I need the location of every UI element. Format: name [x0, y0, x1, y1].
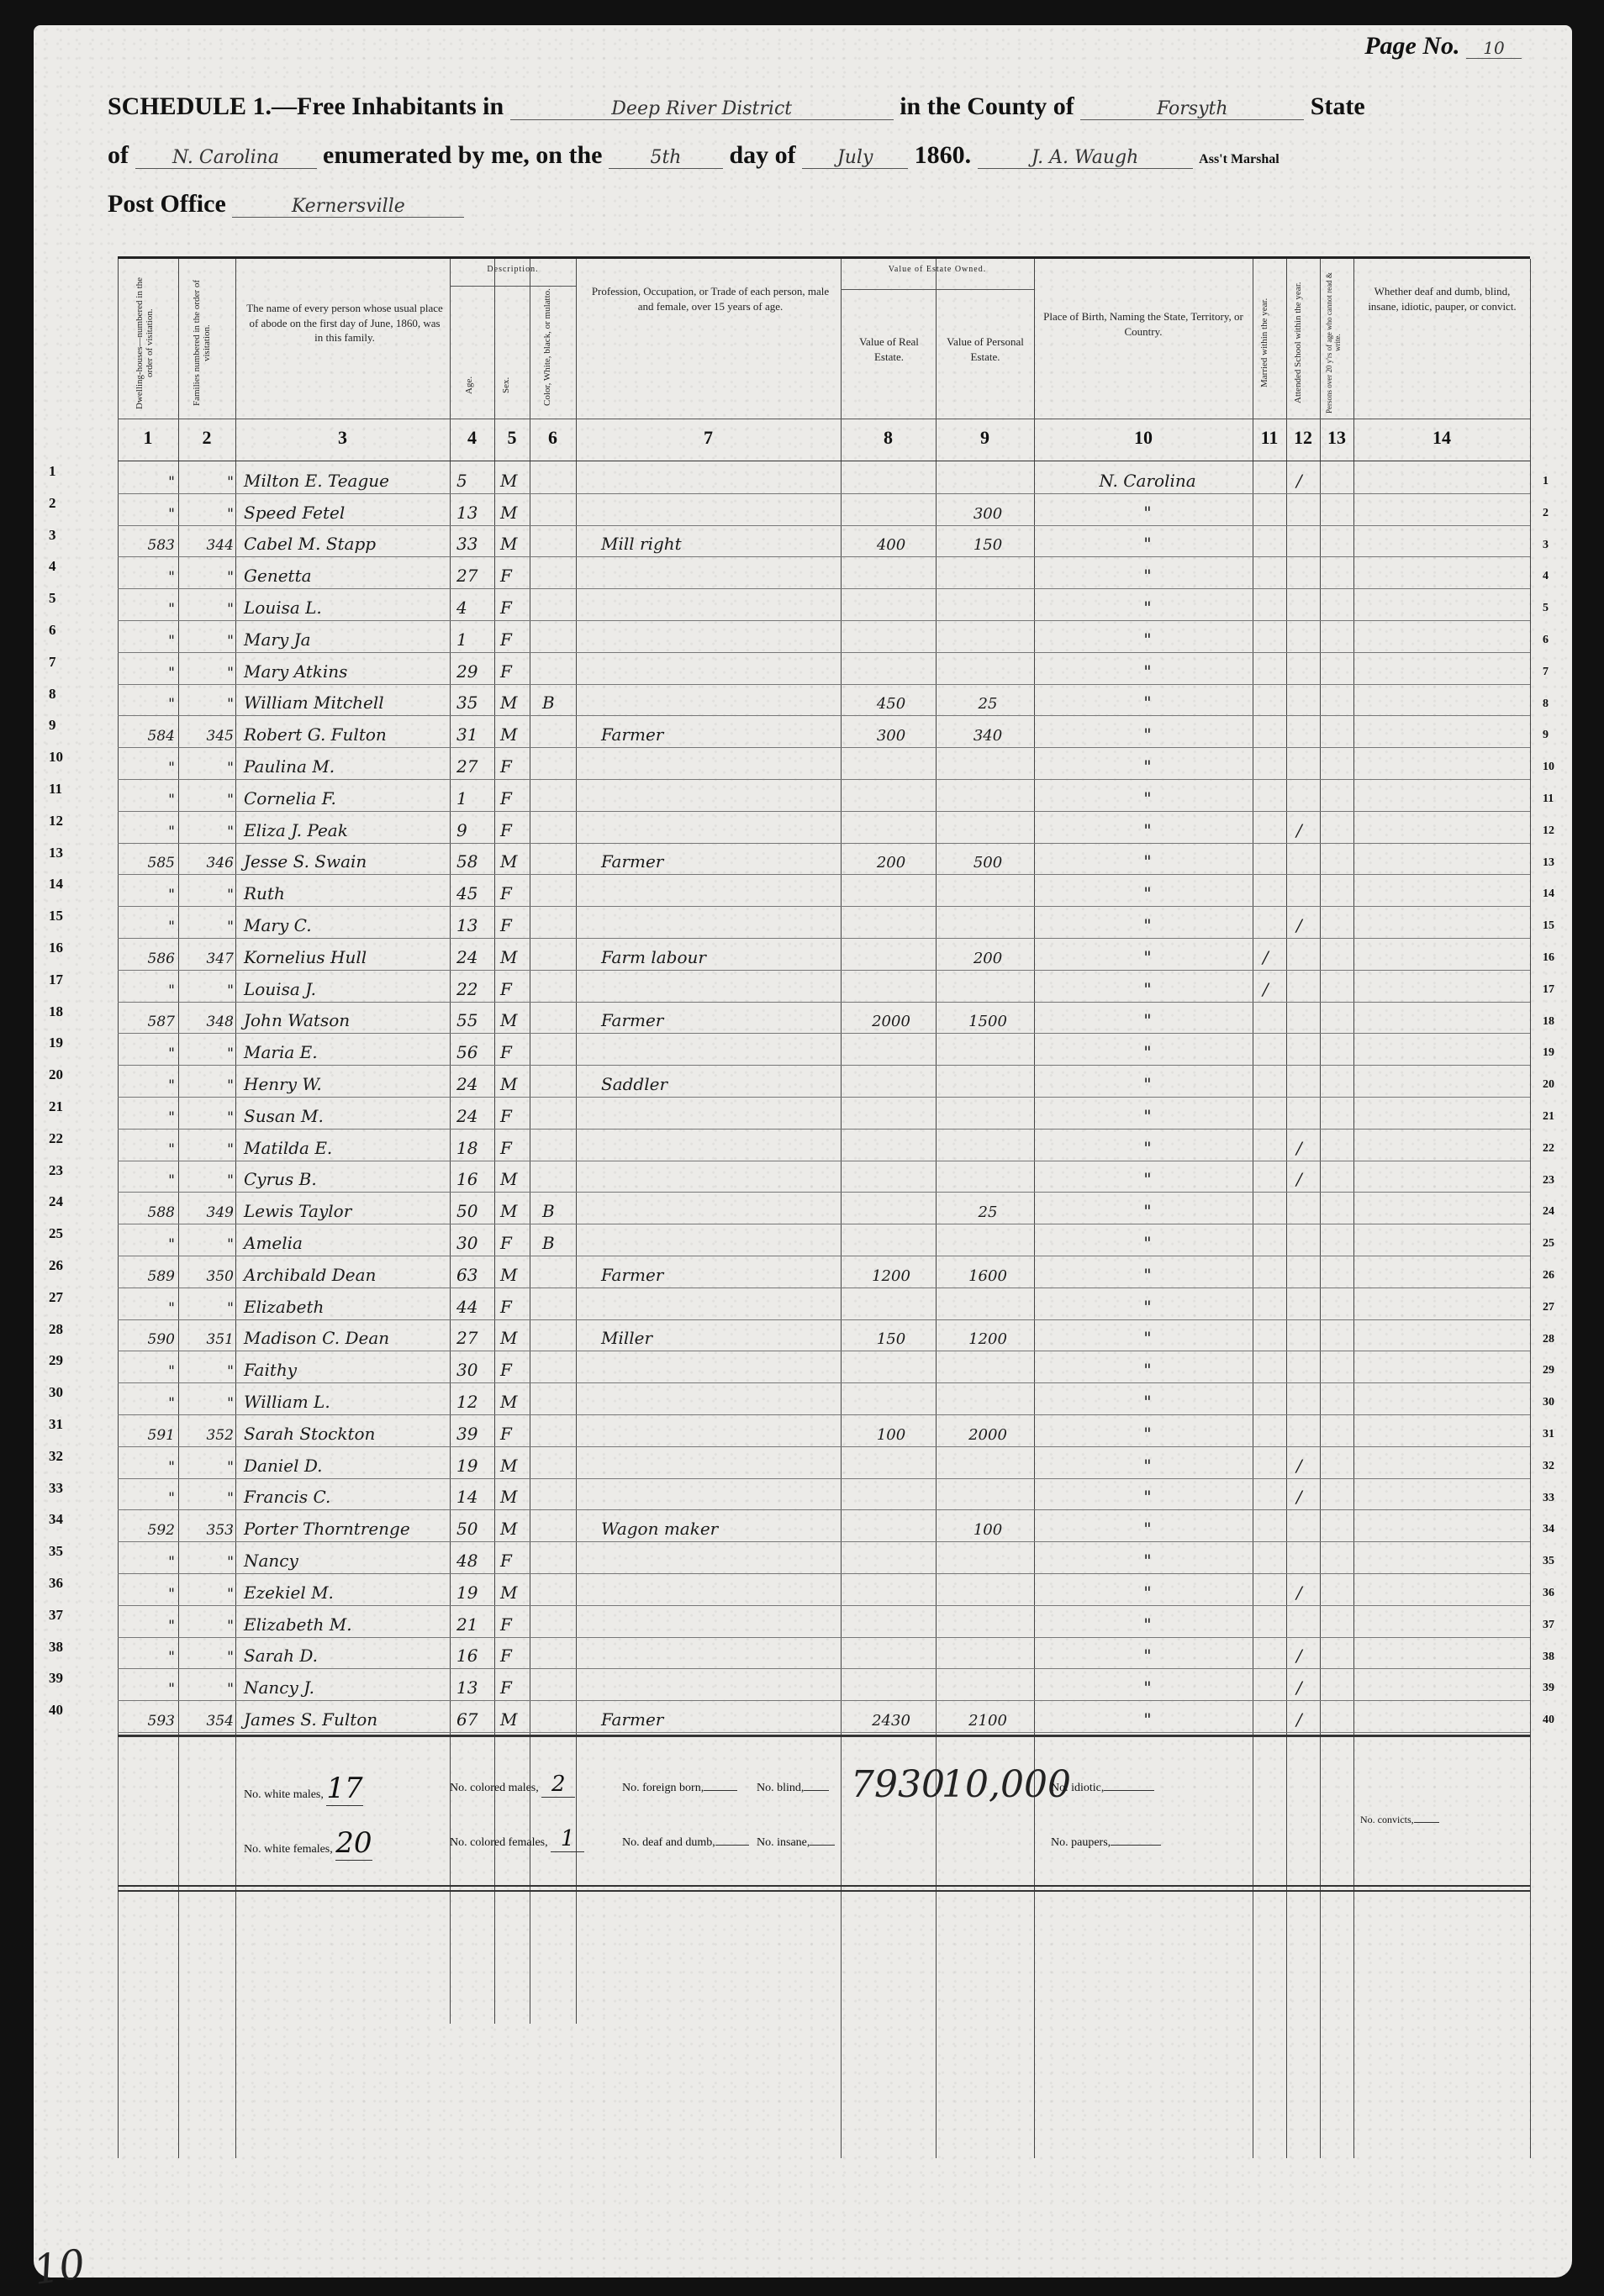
line-number: 2	[49, 495, 56, 512]
dwelling-number: 586	[124, 951, 175, 967]
description-header: Description.	[450, 264, 576, 276]
dwelling-number: "	[124, 474, 175, 491]
line-number: 4	[1543, 570, 1549, 583]
person-name: Archibald Dean	[244, 1265, 446, 1285]
table-row: ""Daniel D.19M"/	[118, 1447, 1530, 1479]
col-number: 3	[235, 427, 450, 449]
sex: M	[500, 471, 525, 491]
family-number: "	[183, 982, 234, 999]
table-row: ""Maria E.56F"	[118, 1034, 1530, 1066]
page-number-label: Page No. 10	[1364, 32, 1522, 61]
person-name: Sarah D.	[244, 1646, 446, 1666]
sex: F	[500, 756, 525, 777]
line-number: 20	[49, 1066, 63, 1083]
family-number: 345	[183, 728, 234, 745]
col3-header: The name of every person whose usual pla…	[244, 301, 446, 345]
family-number: 349	[183, 1204, 234, 1221]
family-number: "	[183, 1586, 234, 1603]
personal-estate-value: 150	[946, 536, 1030, 554]
attended-school: /	[1296, 1582, 1313, 1603]
line-number: 31	[49, 1416, 63, 1433]
line-number: 37	[1543, 1619, 1554, 1632]
family-number: "	[183, 792, 234, 808]
place-of-birth: "	[1051, 1582, 1244, 1603]
table-row: 591352Sarah Stockton39F1002000"	[118, 1415, 1530, 1447]
occupation: Farmer	[601, 1010, 828, 1030]
dwelling-number: "	[124, 1045, 175, 1062]
sex: F	[500, 1297, 525, 1317]
family-number: "	[183, 665, 234, 682]
line-number: 32	[49, 1448, 63, 1465]
col-number: 4	[450, 427, 494, 449]
sex: M	[500, 724, 525, 745]
place-of-birth: "	[1051, 1646, 1244, 1666]
dwelling-number: 584	[124, 728, 175, 745]
age: 19	[456, 1456, 490, 1476]
census-table: Dwelling-houses—numbered in the order of…	[118, 256, 1530, 2158]
age: 31	[456, 724, 490, 745]
personal-estate-value: 1200	[946, 1330, 1030, 1348]
table-row: 593354James S. Fulton67MFarmer24302100"/	[118, 1701, 1530, 1733]
place-of-birth: "	[1051, 1265, 1244, 1285]
line-number: 14	[49, 876, 63, 893]
line-number: 17	[1543, 983, 1554, 997]
place-of-birth: "	[1051, 1042, 1244, 1062]
place-of-birth: "	[1051, 915, 1244, 935]
line-number: 3	[1543, 539, 1549, 552]
table-row: ""Louisa J.22F"/	[118, 971, 1530, 1003]
sex: F	[500, 1614, 525, 1635]
white-females-value: 20	[335, 1826, 372, 1861]
family-number: "	[183, 1109, 234, 1126]
col-number: 11	[1253, 427, 1286, 449]
page-number: 10	[1466, 38, 1522, 59]
post-office-line: Post Office Kernersville	[108, 190, 464, 219]
col-number: 1	[118, 427, 178, 449]
table-row: ""Ezekiel M.19M"/	[118, 1574, 1530, 1606]
sex: M	[500, 947, 525, 967]
sex: M	[500, 1392, 525, 1412]
line-number: 1	[49, 463, 56, 480]
person-name: Ezekiel M.	[244, 1582, 446, 1603]
age: 33	[456, 534, 490, 554]
line-number: 34	[1543, 1523, 1554, 1536]
occupation: Farmer	[601, 1709, 828, 1730]
real-estate-value: 2000	[849, 1013, 933, 1030]
attended-school: /	[1296, 915, 1313, 935]
person-name: Mary Ja	[244, 629, 446, 650]
table-row: ""William Mitchell35MB45025"	[118, 685, 1530, 717]
line-number: 11	[49, 781, 62, 798]
sex: M	[500, 1074, 525, 1094]
age: 48	[456, 1551, 490, 1571]
person-name: Lewis Taylor	[244, 1201, 446, 1221]
line-number: 21	[49, 1098, 63, 1115]
marshal-label: Ass't Marshal	[1199, 152, 1280, 166]
col6-header: Color, White, black, or mulatto.	[542, 276, 567, 419]
line-number: 33	[49, 1480, 63, 1497]
age: 67	[456, 1709, 490, 1730]
age: 12	[456, 1392, 490, 1412]
personal-estate-value: 300	[946, 505, 1030, 523]
line-number: 4	[49, 558, 56, 575]
insane-label: No. insane,	[757, 1836, 810, 1849]
age: 44	[456, 1297, 490, 1317]
sex: F	[500, 598, 525, 618]
enumeration-line: of N. Carolina enumerated by me, on the …	[108, 141, 1280, 170]
family-number: "	[183, 760, 234, 777]
colored-males-value: 2	[541, 1772, 575, 1798]
dwelling-number: "	[124, 1077, 175, 1094]
sex: M	[500, 1328, 525, 1348]
person-name: John Watson	[244, 1010, 446, 1030]
family-number: "	[183, 601, 234, 618]
row-rule	[118, 1732, 1530, 1733]
place-of-birth: "	[1051, 1297, 1244, 1317]
age: 18	[456, 1138, 490, 1158]
place-of-birth: "	[1051, 947, 1244, 967]
age: 29	[456, 661, 490, 682]
table-row: 586347Kornelius Hull24MFarm labour200"/	[118, 939, 1530, 971]
foreign-born-label: No. foreign born,	[622, 1782, 704, 1794]
place-of-birth: "	[1051, 1138, 1244, 1158]
table-row: ""Cyrus B.16M"/	[118, 1161, 1530, 1193]
place-of-birth: "	[1051, 1709, 1244, 1730]
line-number: 16	[49, 940, 63, 956]
age: 16	[456, 1646, 490, 1666]
personal-estate-value: 1600	[946, 1267, 1030, 1285]
line-number: 24	[1543, 1205, 1554, 1219]
dwelling-number: 592	[124, 1522, 175, 1539]
convicts: No. convicts,	[1360, 1814, 1439, 1826]
table-row: ""Genetta27F"	[118, 557, 1530, 589]
colored-males-label: No. colored males,	[450, 1782, 539, 1794]
dwelling-number: "	[124, 506, 175, 523]
line-number: 34	[49, 1511, 63, 1528]
age: 50	[456, 1201, 490, 1221]
table-row: 589350Archibald Dean63MFarmer12001600"	[118, 1256, 1530, 1288]
dwelling-number: "	[124, 824, 175, 840]
sex: M	[500, 1519, 525, 1539]
table-row: ""Eliza J. Peak9F"/	[118, 812, 1530, 844]
table-row: ""Susan M.24F"	[118, 1098, 1530, 1130]
colored-females-label: No. colored females,	[450, 1836, 548, 1849]
sex: F	[500, 1233, 525, 1253]
line-number: 29	[49, 1352, 63, 1369]
dwelling-number: "	[124, 696, 175, 713]
place-of-birth: "	[1051, 503, 1244, 523]
age: 39	[456, 1424, 490, 1444]
place-of-birth: "	[1051, 598, 1244, 618]
col-number: 14	[1353, 427, 1530, 449]
col5-header: Sex.	[501, 351, 518, 419]
line-number: 37	[49, 1607, 63, 1624]
dwelling-number: "	[124, 601, 175, 618]
personal-estate-value: 25	[946, 695, 1030, 713]
dwelling-number: "	[124, 1300, 175, 1317]
place-of-birth: "	[1051, 692, 1244, 713]
line-number: 30	[49, 1384, 63, 1401]
line-number: 7	[1543, 666, 1549, 679]
age: 14	[456, 1487, 490, 1507]
sex: M	[500, 1201, 525, 1221]
place-of-birth: "	[1051, 1456, 1244, 1476]
colored-males: No. colored males, 2	[450, 1772, 575, 1798]
line-number: 40	[49, 1702, 63, 1719]
place-of-birth: "	[1051, 788, 1244, 808]
col-number: 6	[530, 427, 576, 449]
family-number: "	[183, 1141, 234, 1158]
attended-school: /	[1296, 471, 1313, 491]
place-of-birth: "	[1051, 1614, 1244, 1635]
dwelling-number: "	[124, 1618, 175, 1635]
table-row: ""Speed Fetel13M300"	[118, 494, 1530, 526]
sex: F	[500, 1138, 525, 1158]
line-number: 21	[1543, 1110, 1554, 1124]
line-number: 10	[1543, 761, 1554, 774]
line-number: 36	[1543, 1587, 1554, 1600]
table-row: 588349Lewis Taylor50MB25"	[118, 1193, 1530, 1224]
sex: M	[500, 851, 525, 872]
person-name: Cyrus B.	[244, 1169, 446, 1189]
table-row: ""Nancy J.13F"/	[118, 1669, 1530, 1701]
attended-school: /	[1296, 1709, 1313, 1730]
family-number: "	[183, 633, 234, 650]
place-of-birth: "	[1051, 1233, 1244, 1253]
insane: No. insane,	[757, 1836, 835, 1850]
sex: F	[500, 820, 525, 840]
family-number: 351	[183, 1331, 234, 1348]
convicts-label: No. convicts,	[1360, 1814, 1414, 1825]
family-number: "	[183, 1649, 234, 1666]
header-divider	[118, 419, 1530, 419]
personal-estate-value: 25	[946, 1203, 1030, 1221]
paupers: No. paupers,	[1051, 1836, 1161, 1850]
line-number: 28	[1543, 1333, 1554, 1346]
person-name: Mary Atkins	[244, 661, 446, 682]
sex: M	[500, 1487, 525, 1507]
line-number: 26	[49, 1257, 63, 1274]
sex: F	[500, 661, 525, 682]
table-row: ""Nancy48F"	[118, 1542, 1530, 1574]
table-row: ""Sarah D.16F"/	[118, 1638, 1530, 1670]
family-number: 347	[183, 951, 234, 967]
family-number: "	[183, 1077, 234, 1094]
sex: M	[500, 1169, 525, 1189]
place-of-birth: "	[1051, 1074, 1244, 1094]
line-number: 11	[1543, 793, 1554, 806]
line-number: 32	[1543, 1460, 1554, 1473]
dwelling-number: 585	[124, 855, 175, 872]
sex: M	[500, 1010, 525, 1030]
age: 5	[456, 471, 490, 491]
age: 16	[456, 1169, 490, 1189]
place-of-birth: "	[1051, 851, 1244, 872]
line-number: 10	[49, 749, 63, 766]
dwelling-number: "	[124, 1363, 175, 1380]
place-of-birth: "	[1051, 820, 1244, 840]
family-number: "	[183, 1459, 234, 1476]
real-estate-value: 100	[849, 1426, 933, 1444]
age: 1	[456, 629, 490, 650]
table-row: 585346Jesse S. Swain58MFarmer200500"	[118, 844, 1530, 876]
summary-bottom-rule	[118, 1890, 1530, 1892]
color: B	[542, 1233, 567, 1253]
person-name: Elizabeth M.	[244, 1614, 446, 1635]
dwelling-number: 587	[124, 1014, 175, 1030]
person-name: Eliza J. Peak	[244, 820, 446, 840]
dwelling-number: 589	[124, 1268, 175, 1285]
dwelling-number: "	[124, 760, 175, 777]
family-number: "	[183, 569, 234, 586]
place-of-birth: "	[1051, 1392, 1244, 1412]
post-office-field: Kernersville	[232, 196, 464, 218]
table-row: ""Mary Atkins29F"	[118, 653, 1530, 685]
line-number: 13	[49, 845, 63, 861]
day-field: 5th	[609, 147, 723, 169]
occupation: Farmer	[601, 1265, 828, 1285]
line-number: 17	[49, 972, 63, 988]
person-name: Matilda E.	[244, 1138, 446, 1158]
attended-school: /	[1296, 1456, 1313, 1476]
white-females: No. white females, 20	[244, 1826, 372, 1861]
sex: F	[500, 1360, 525, 1380]
sex: M	[500, 692, 525, 713]
color: B	[542, 692, 567, 713]
person-name: Susan M.	[244, 1106, 446, 1126]
line-number: 35	[49, 1543, 63, 1560]
line-number: 2	[1543, 507, 1549, 520]
col-number: 7	[576, 427, 841, 449]
dwelling-number: "	[124, 1649, 175, 1666]
person-name: Henry W.	[244, 1074, 446, 1094]
personal-estate-value: 200	[946, 950, 1030, 967]
line-number: 18	[49, 1003, 63, 1020]
person-name: Daniel D.	[244, 1456, 446, 1476]
sex: M	[500, 1265, 525, 1285]
line-number: 6	[49, 622, 56, 639]
personal-estate-value: 340	[946, 727, 1030, 745]
col8-header: Value of Real Estate.	[845, 334, 933, 364]
family-number: "	[183, 1300, 234, 1317]
dwelling-number: "	[124, 982, 175, 999]
person-name: William Mitchell	[244, 692, 446, 713]
age: 24	[456, 1074, 490, 1094]
person-name: Cornelia F.	[244, 788, 446, 808]
col14-header: Whether deaf and dumb, blind, insane, id…	[1360, 284, 1524, 313]
dwelling-number: "	[124, 1459, 175, 1476]
line-number: 15	[49, 908, 63, 924]
table-row: ""Henry W.24MSaddler"	[118, 1066, 1530, 1098]
line-number: 7	[49, 654, 56, 671]
line-number: 28	[49, 1321, 63, 1338]
person-name: James S. Fulton	[244, 1709, 446, 1730]
table-row: 587348John Watson55MFarmer20001500"	[118, 1003, 1530, 1035]
sex: F	[500, 1677, 525, 1698]
line-number: 40	[1543, 1714, 1554, 1727]
col11-header: Married within the year.	[1259, 271, 1280, 414]
line-number: 25	[49, 1225, 63, 1242]
family-number: 352	[183, 1427, 234, 1444]
person-name: Ruth	[244, 883, 446, 903]
table-row: ""Matilda E.18F"/	[118, 1130, 1530, 1161]
person-name: Elizabeth	[244, 1297, 446, 1317]
foreign-born: No. foreign born,	[622, 1782, 737, 1795]
table-row: ""Cornelia F.1F"	[118, 780, 1530, 812]
blind: No. blind,	[757, 1782, 829, 1795]
line-number: 18	[1543, 1015, 1554, 1029]
sex: F	[500, 566, 525, 586]
attended-school: /	[1296, 1138, 1313, 1158]
sex: F	[500, 979, 525, 999]
post-office-label: Post Office	[108, 190, 226, 218]
person-name: Louisa L.	[244, 598, 446, 618]
table-row: ""Paulina M.27F"	[118, 748, 1530, 780]
year: 1860.	[915, 141, 972, 169]
line-number: 39	[49, 1670, 63, 1687]
place-of-birth: N. Carolina	[1051, 471, 1244, 491]
family-number: 348	[183, 1014, 234, 1030]
table-row: ""Faithy30F"	[118, 1351, 1530, 1383]
occupation: Farmer	[601, 851, 828, 872]
person-name: Amelia	[244, 1233, 446, 1253]
place-of-birth: "	[1051, 1328, 1244, 1348]
family-number: "	[183, 1172, 234, 1189]
person-name: Faithy	[244, 1360, 446, 1380]
dwelling-number: 593	[124, 1713, 175, 1730]
state-field: N. Carolina	[135, 147, 317, 169]
place-of-birth: "	[1051, 979, 1244, 999]
line-number: 6	[1543, 634, 1549, 647]
schedule-line: SCHEDULE 1.—Free Inhabitants in Deep Riv…	[108, 92, 1365, 121]
col-number: 12	[1286, 427, 1320, 449]
person-name: Cabel M. Stapp	[244, 534, 446, 554]
age: 13	[456, 1677, 490, 1698]
occupation: Farmer	[601, 724, 828, 745]
personal-estate-value: 2100	[946, 1712, 1030, 1730]
family-number: "	[183, 474, 234, 491]
dwelling-number: "	[124, 792, 175, 808]
age: 21	[456, 1614, 490, 1635]
of-label: of	[108, 141, 129, 169]
dwelling-number: "	[124, 1236, 175, 1253]
occupation: Saddler	[601, 1074, 828, 1094]
dwelling-number: "	[124, 1395, 175, 1412]
occupation: Wagon maker	[601, 1519, 828, 1539]
married-within-year: /	[1263, 947, 1280, 967]
family-number: "	[183, 1045, 234, 1062]
sex: F	[500, 883, 525, 903]
county-label: in the County of	[900, 92, 1074, 120]
family-number: "	[183, 919, 234, 935]
line-number: 22	[49, 1130, 63, 1147]
dwelling-number: "	[124, 919, 175, 935]
age: 63	[456, 1265, 490, 1285]
attended-school: /	[1296, 820, 1313, 840]
married-within-year: /	[1263, 979, 1280, 999]
colnum-divider	[118, 461, 1530, 461]
line-number: 16	[1543, 951, 1554, 965]
place-of-birth: "	[1051, 1201, 1244, 1221]
line-number: 39	[1543, 1682, 1554, 1695]
person-name: Genetta	[244, 566, 446, 586]
line-number: 36	[49, 1575, 63, 1592]
personal-estate-value: 1500	[946, 1013, 1030, 1030]
line-number: 29	[1543, 1364, 1554, 1377]
col-divider	[1530, 259, 1531, 2158]
schedule-title: SCHEDULE 1.—Free Inhabitants in	[108, 92, 504, 120]
dwelling-number: "	[124, 1109, 175, 1126]
